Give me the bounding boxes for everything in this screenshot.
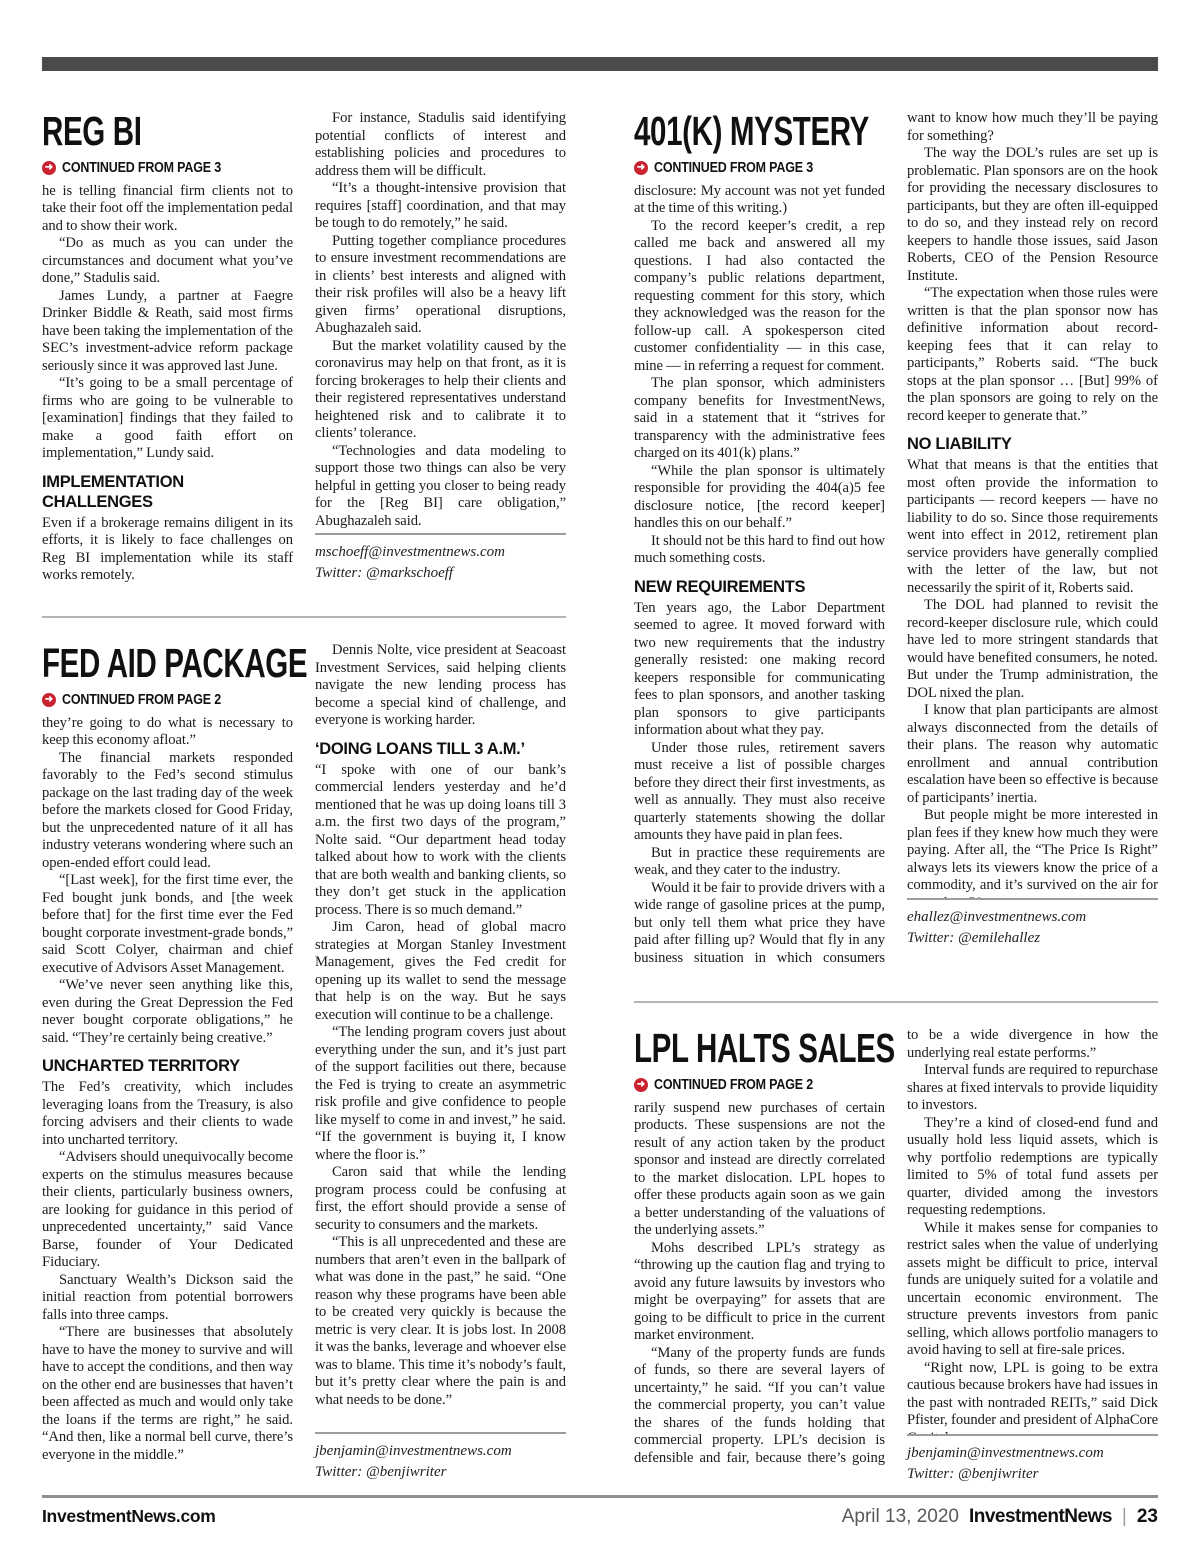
paragraph: The DOL had planned to revisit the recor… bbox=[907, 597, 1158, 702]
author-byline: ehallez@investmentnews.com Twitter: @emi… bbox=[907, 898, 1158, 949]
newspaper-page: { "page": { "accent_red": "#c9232f", "to… bbox=[0, 0, 1200, 1560]
article-body: he is telling financial firm clients not… bbox=[42, 110, 566, 606]
article-lpl-halts-sales: LPL HALTS SALES ➜ CONTINUED FROM PAGE 2 … bbox=[634, 1027, 1158, 1495]
author-byline: mschoeff@investmentnews.com Twitter: @ma… bbox=[315, 533, 566, 584]
paragraph: “Technologies and data modeling to suppo… bbox=[315, 443, 566, 531]
paragraph: “It’s going to be a small percentage of … bbox=[42, 375, 293, 463]
section-subhead: NEW REQUIREMENTS bbox=[634, 577, 885, 597]
paragraph: James Lundy, a partner at Faegre Drinker… bbox=[42, 288, 293, 376]
article-reg-bi: REG BI ➜ CONTINUED FROM PAGE 3 he is tel… bbox=[42, 110, 566, 606]
continued-arrow-icon: ➜ bbox=[634, 1078, 648, 1092]
byline-twitter: Twitter: @markschoeff bbox=[315, 563, 566, 584]
paragraph: “It’s a thought-intensive provision that… bbox=[315, 180, 566, 233]
article-headline: 401(K) MYSTERY bbox=[634, 112, 885, 151]
paragraph: Even if a brokerage remains diligent in … bbox=[42, 515, 293, 585]
continued-label: CONTINUED FROM PAGE 2 bbox=[654, 1077, 813, 1093]
continued-from-row: ➜ CONTINUED FROM PAGE 2 bbox=[634, 1077, 885, 1093]
paragraph: But people might be more interested in p… bbox=[907, 807, 1158, 912]
byline-email: ehallez@investmentnews.com bbox=[907, 907, 1158, 928]
footer-date: April 13, 2020 bbox=[842, 1506, 959, 1528]
paragraph: he is telling financial firm clients not… bbox=[42, 183, 293, 236]
continued-label: CONTINUED FROM PAGE 3 bbox=[654, 160, 813, 176]
footer-page-number: 23 bbox=[1137, 1506, 1158, 1528]
continued-label: CONTINUED FROM PAGE 2 bbox=[62, 692, 221, 708]
continued-from-row: ➜ CONTINUED FROM PAGE 2 bbox=[42, 692, 293, 708]
paragraph: “The lending program covers just about e… bbox=[315, 1024, 566, 1164]
article-divider bbox=[634, 1001, 1158, 1003]
author-byline: jbenjamin@investmentnews.com Twitter: @b… bbox=[315, 1432, 566, 1483]
page-content: REG BI ➜ CONTINUED FROM PAGE 3 he is tel… bbox=[42, 110, 1158, 1495]
byline-email: mschoeff@investmentnews.com bbox=[315, 542, 566, 563]
byline-twitter: Twitter: @emilehallez bbox=[907, 928, 1158, 949]
paragraph: “The expectation when those rules were w… bbox=[907, 285, 1158, 425]
article-body: disclosure: My account was not yet funde… bbox=[634, 110, 1158, 991]
section-subhead: IMPLEMENTATION CHALLENGES bbox=[42, 472, 293, 512]
paragraph: But the market volatility caused by the … bbox=[315, 338, 566, 443]
paragraph: The financial markets responded favorabl… bbox=[42, 750, 293, 873]
section-subhead: UNCHARTED TERRITORY bbox=[42, 1056, 293, 1076]
continued-label: CONTINUED FROM PAGE 3 bbox=[62, 160, 221, 176]
page-footer: InvestmentNews.com April 13, 2020 Invest… bbox=[42, 1495, 1158, 1528]
footer-brand: InvestmentNews bbox=[969, 1506, 1112, 1528]
paragraph: rarily suspend new purchases of certain … bbox=[634, 1100, 885, 1240]
paragraph: “There are businesses that absolutely ha… bbox=[42, 1324, 293, 1464]
article-headline: REG BI bbox=[42, 112, 293, 151]
paragraph: “[Last week], for the first time ever, t… bbox=[42, 872, 293, 977]
paragraph: “Advisers should unequivocally become ex… bbox=[42, 1149, 293, 1272]
paragraph: they’re going to do what is necessary to… bbox=[42, 715, 293, 750]
paragraph: Under those rules, retirement savers mus… bbox=[634, 740, 885, 845]
byline-twitter: Twitter: @benjiwriter bbox=[907, 1464, 1158, 1485]
paragraph: Putting together compliance procedures t… bbox=[315, 233, 566, 338]
paragraph: “While the plan sponsor is ultimately re… bbox=[634, 463, 885, 533]
paragraph: Jim Caron, head of global macro strategi… bbox=[315, 919, 566, 1024]
paragraph: Ten years ago, the Labor Department seem… bbox=[634, 600, 885, 740]
paragraph: disclosure: My account was not yet funde… bbox=[634, 183, 885, 218]
byline-twitter: Twitter: @benjiwriter bbox=[315, 1462, 566, 1483]
article-body: rarily suspend new purchases of certain … bbox=[634, 1027, 1158, 1495]
byline-email: jbenjamin@investmentnews.com bbox=[315, 1441, 566, 1462]
paragraph: The plan sponsor, which administers comp… bbox=[634, 375, 885, 463]
paragraph: Caron said that while the lending progra… bbox=[315, 1164, 566, 1234]
footer-folio: April 13, 2020 InvestmentNews | 23 bbox=[842, 1506, 1158, 1528]
paragraph: “We’ve never seen anything like this, ev… bbox=[42, 977, 293, 1047]
paragraph: The way the DOL’s rules are set up is pr… bbox=[907, 145, 1158, 285]
continued-from-row: ➜ CONTINUED FROM PAGE 3 bbox=[634, 160, 885, 176]
article-headline: FED AID PACKAGE bbox=[42, 644, 293, 683]
paragraph: While it makes sense for companies to re… bbox=[907, 1220, 1158, 1360]
paragraph: What that means is that the entities tha… bbox=[907, 457, 1158, 597]
paragraph: Dennis Nolte, vice president at Seacoast… bbox=[315, 642, 566, 730]
section-subhead: NO LIABILITY bbox=[907, 434, 1158, 454]
paragraph: “I spoke with one of our bank’s commerci… bbox=[315, 762, 566, 920]
continued-from-row: ➜ CONTINUED FROM PAGE 3 bbox=[42, 160, 293, 176]
paragraph: “Do as much as you can under the circums… bbox=[42, 235, 293, 288]
paragraph: I know that plan participants are almost… bbox=[907, 702, 1158, 807]
article-fed-aid-package: FED AID PACKAGE ➜ CONTINUED FROM PAGE 2 … bbox=[42, 642, 566, 1495]
paragraph: They’re a kind of closed-end fund and us… bbox=[907, 1115, 1158, 1220]
section-subhead: ‘DOING LOANS TILL 3 A.M.’ bbox=[315, 739, 566, 759]
byline-email: jbenjamin@investmentnews.com bbox=[907, 1443, 1158, 1464]
article-divider bbox=[42, 616, 566, 618]
footer-site-url: InvestmentNews.com bbox=[42, 1506, 216, 1527]
continued-arrow-icon: ➜ bbox=[634, 161, 648, 175]
paragraph: To the record keeper’s credit, a rep cal… bbox=[634, 218, 885, 376]
paragraph: Sanctuary Wealth’s Dickson said the init… bbox=[42, 1272, 293, 1325]
article-401k-mystery: 401(K) MYSTERY ➜ CONTINUED FROM PAGE 3 d… bbox=[634, 110, 1158, 991]
continued-arrow-icon: ➜ bbox=[42, 693, 56, 707]
paragraph: For instance, Stadulis said identifying … bbox=[315, 110, 566, 180]
author-byline: jbenjamin@investmentnews.com Twitter: @b… bbox=[907, 1434, 1158, 1485]
paragraph: Mohs described LPL’s strategy as “throwi… bbox=[634, 1240, 885, 1345]
paragraph: “This is all unprecedented and these are… bbox=[315, 1234, 566, 1409]
footer-separator: | bbox=[1122, 1506, 1127, 1528]
article-headline: LPL HALTS SALES bbox=[634, 1029, 885, 1068]
paragraph: But in practice these requirements are w… bbox=[634, 845, 885, 880]
paragraph: Interval funds are required to repurchas… bbox=[907, 1062, 1158, 1115]
paragraph: The Fed’s creativity, which includes lev… bbox=[42, 1079, 293, 1149]
article-body: they’re going to do what is necessary to… bbox=[42, 642, 566, 1495]
continued-arrow-icon: ➜ bbox=[42, 161, 56, 175]
paragraph: It should not be this hard to find out h… bbox=[634, 533, 885, 568]
top-rule-bar bbox=[42, 57, 1158, 71]
